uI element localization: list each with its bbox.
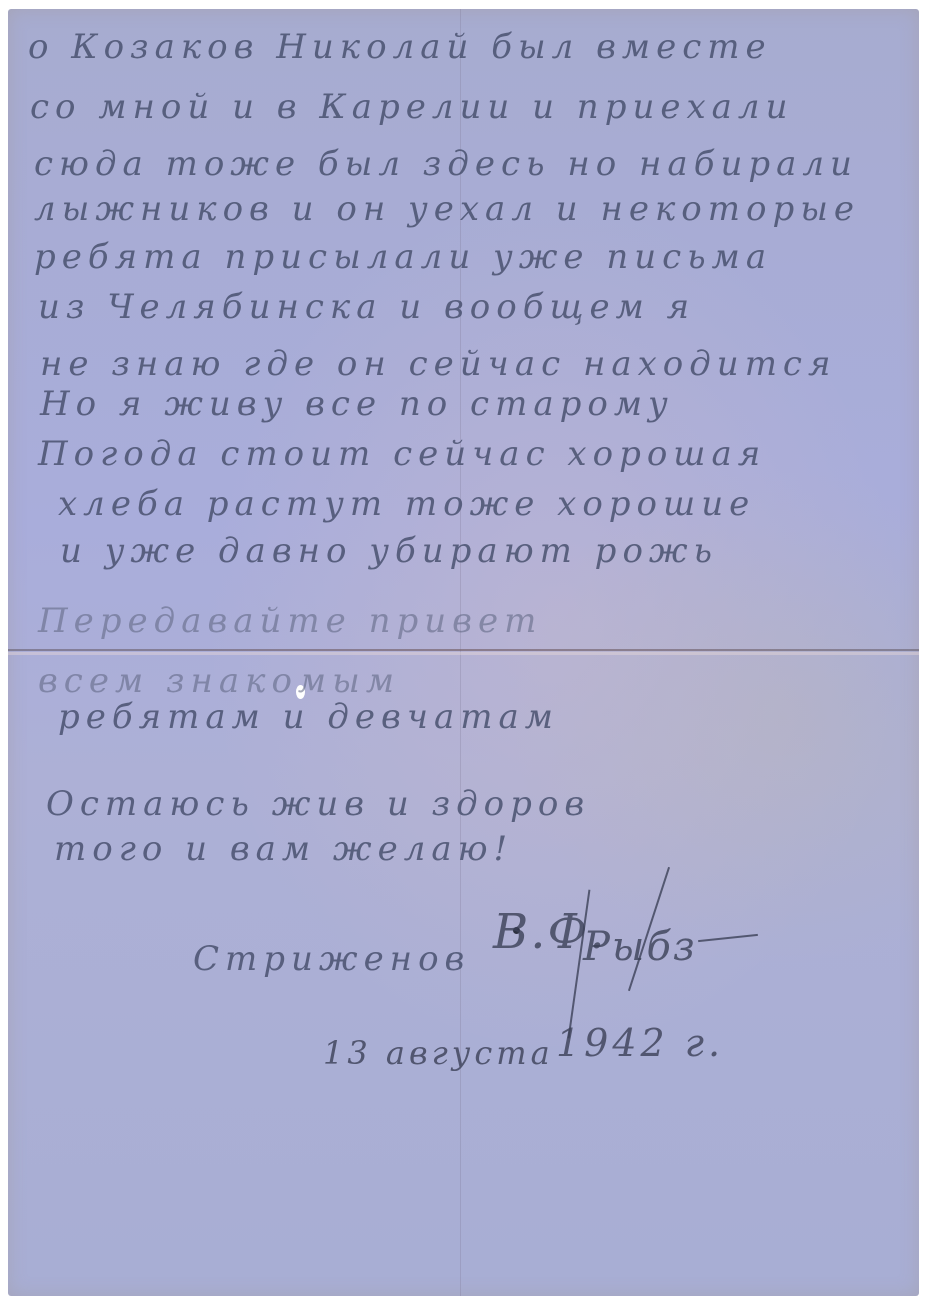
letter-line: не знаю где он сейчас находится (40, 344, 837, 384)
letter-line: сюда тоже был здесь но набирали (34, 144, 858, 184)
letter-page: о Козаков Николай был вместе со мной и в… (8, 9, 919, 1296)
letter-year: 1942 г. (556, 1021, 724, 1065)
letter-line: из Челябинска и вообщем я (38, 287, 695, 327)
greeting-line: всем знакомым (38, 661, 400, 701)
horizontal-fold-highlight (8, 652, 919, 655)
closing-line: того и вам желаю! (54, 829, 513, 869)
letter-line: со мной и в Карелии и приехали (30, 87, 793, 127)
letter-line: хлеба растут тоже хорошие (58, 484, 755, 524)
signature-name: Стриженов (193, 939, 470, 979)
greeting-line: Передавайте привет (38, 601, 542, 641)
letter-line: лыжников и он уехал и некоторые (34, 189, 860, 229)
letter-line: ребята присылали уже письма (34, 237, 772, 277)
horizontal-fold-crease (8, 649, 919, 651)
greeting-line: ребятам и девчатам (58, 697, 559, 737)
letter-line: и уже давно убирают рожь (60, 531, 718, 571)
signature-flourish (698, 934, 758, 942)
letter-date: 13 августа (323, 1034, 554, 1072)
letter-line: о Козаков Николай был вместе (28, 27, 772, 67)
closing-line: Остаюсь жив и здоров (46, 784, 590, 824)
letter-line: Погода стоит сейчас хорошая (38, 434, 766, 474)
signature-mark: Рыбз (583, 924, 697, 970)
letter-line: Но я живу все по старому (40, 384, 674, 424)
